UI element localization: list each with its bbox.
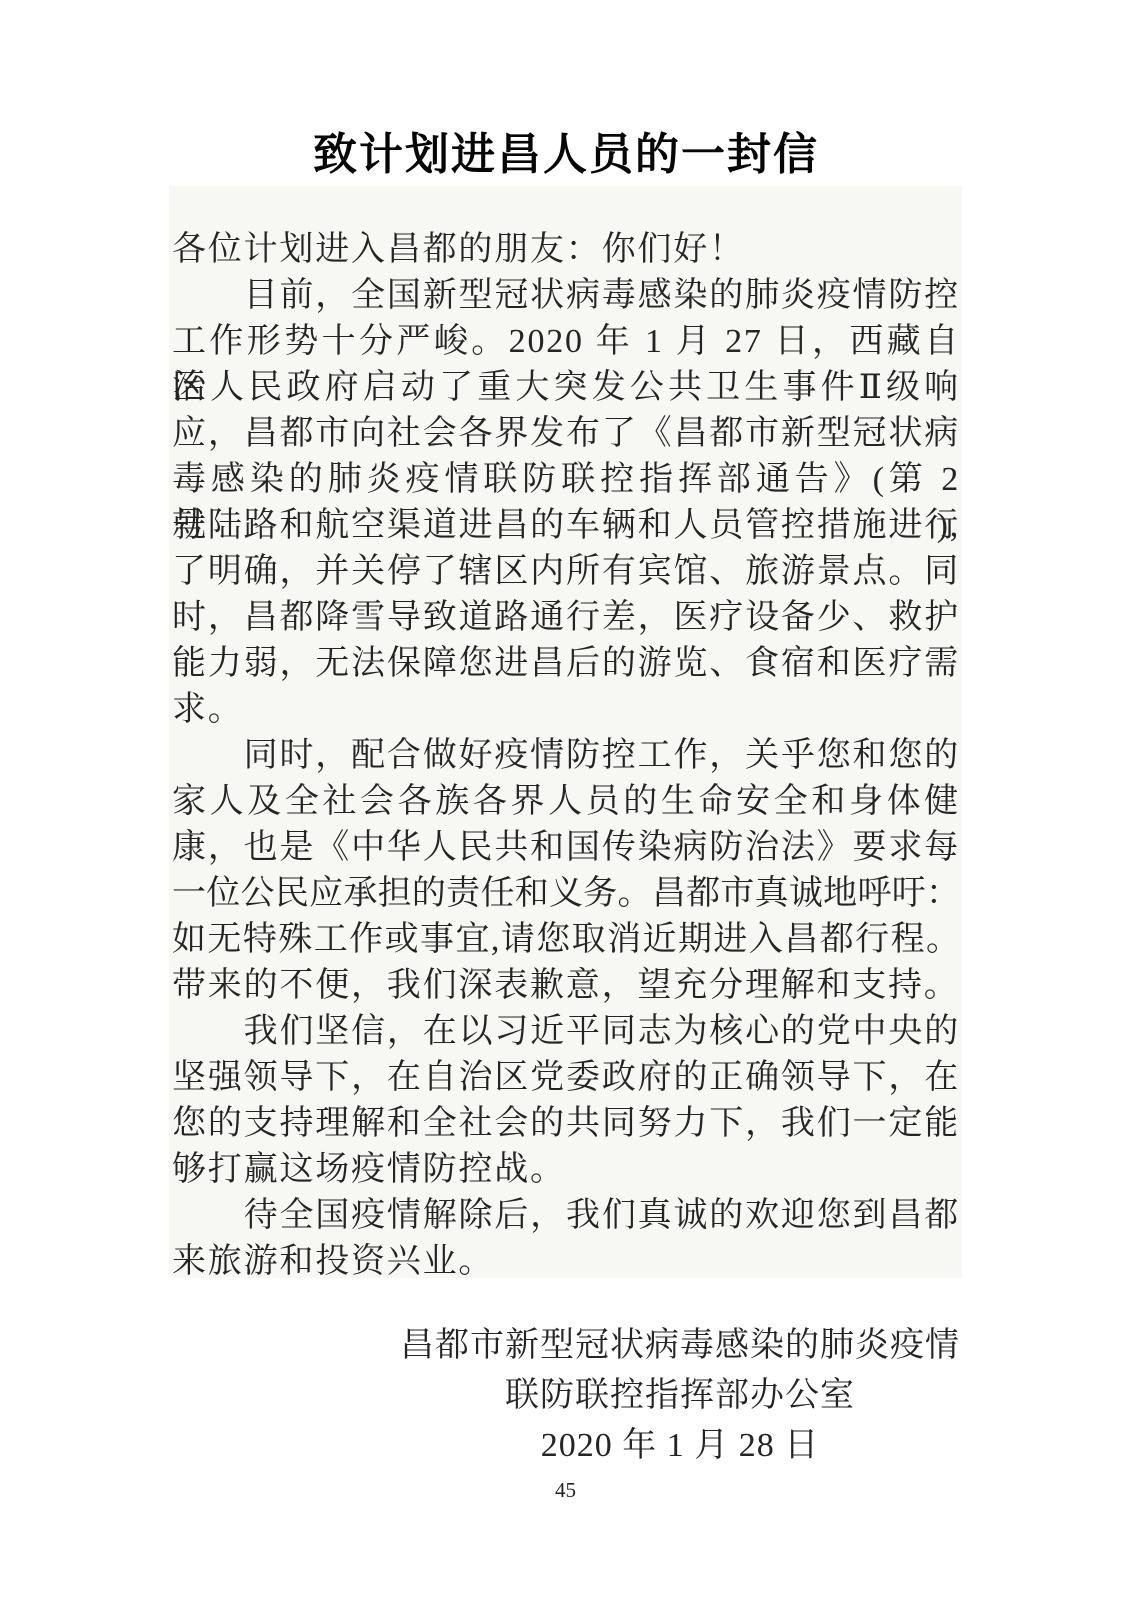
- body-line: 一位公民应承担的责任和义务。昌都市真诚地呼吁：: [172, 871, 960, 917]
- body-line: 毒感染的肺炎疫情联防联控指挥部通告》(第 2 号),: [172, 457, 960, 503]
- signature-date: 2020 年 1 月 28 日: [395, 1421, 965, 1471]
- body-line: 能力弱，无法保障您进昌后的游览、食宿和医疗需: [172, 641, 960, 687]
- body-line: 同时，配合做好疫情防控工作，关乎您和您的: [172, 733, 960, 779]
- body-line: 家人及全社会各族各界人员的生命安全和身体健: [172, 779, 960, 825]
- signature-block: 昌都市新型冠状病毒感染的肺炎疫情 联防联控指挥部办公室 2020 年 1 月 2…: [395, 1321, 965, 1471]
- signature-line: 联防联控指挥部办公室: [395, 1371, 965, 1421]
- body-line: 了明确，并关停了辖区内所有宾馆、旅游景点。同: [172, 549, 960, 595]
- salutation-line: 各位计划进入昌都的朋友：你们好！: [172, 227, 960, 273]
- body-line: 工作形势十分严峻。2020 年 1 月 27 日，西藏自治: [172, 319, 960, 365]
- body-line: 带来的不便，我们深表歉意，望充分理解和支持。: [172, 963, 960, 1009]
- body-line: 时，昌都降雪导致道路通行差，医疗设备少、救护: [172, 595, 960, 641]
- body-line: 目前，全国新型冠状病毒感染的肺炎疫情防控: [172, 273, 960, 319]
- body-line: 够打赢这场疫情防控战。: [172, 1147, 960, 1193]
- document-title: 致计划进昌人员的一封信: [172, 128, 960, 182]
- body-line: 应，昌都市向社会各界发布了《昌都市新型冠状病: [172, 411, 960, 457]
- body-line: 来旅游和投资兴业。: [172, 1239, 960, 1285]
- body-line: 如无特殊工作或事宜,请您取消近期进入昌都行程。: [172, 917, 960, 963]
- letter-body: 各位计划进入昌都的朋友：你们好！ 目前，全国新型冠状病毒感染的肺炎疫情防控 工作…: [172, 227, 960, 1285]
- body-line: 我们坚信，在以习近平同志为核心的党中央的: [172, 1009, 960, 1055]
- body-line: 区人民政府启动了重大突发公共卫生事件Ⅱ级响: [172, 365, 960, 411]
- body-line: 求。: [172, 687, 960, 733]
- page-number: 45: [0, 1478, 1131, 1503]
- body-line: 坚强领导下，在自治区党委政府的正确领导下，在: [172, 1055, 960, 1101]
- body-line: 就陆路和航空渠道进昌的车辆和人员管控措施进行: [172, 503, 960, 549]
- body-line: 待全国疫情解除后，我们真诚的欢迎您到昌都: [172, 1193, 960, 1239]
- body-line: 康，也是《中华人民共和国传染病防治法》要求每: [172, 825, 960, 871]
- letter-page: 致计划进昌人员的一封信 各位计划进入昌都的朋友：你们好！ 目前，全国新型冠状病毒…: [0, 0, 1131, 1600]
- signature-line: 昌都市新型冠状病毒感染的肺炎疫情: [395, 1321, 965, 1371]
- body-line: 您的支持理解和全社会的共同努力下，我们一定能: [172, 1101, 960, 1147]
